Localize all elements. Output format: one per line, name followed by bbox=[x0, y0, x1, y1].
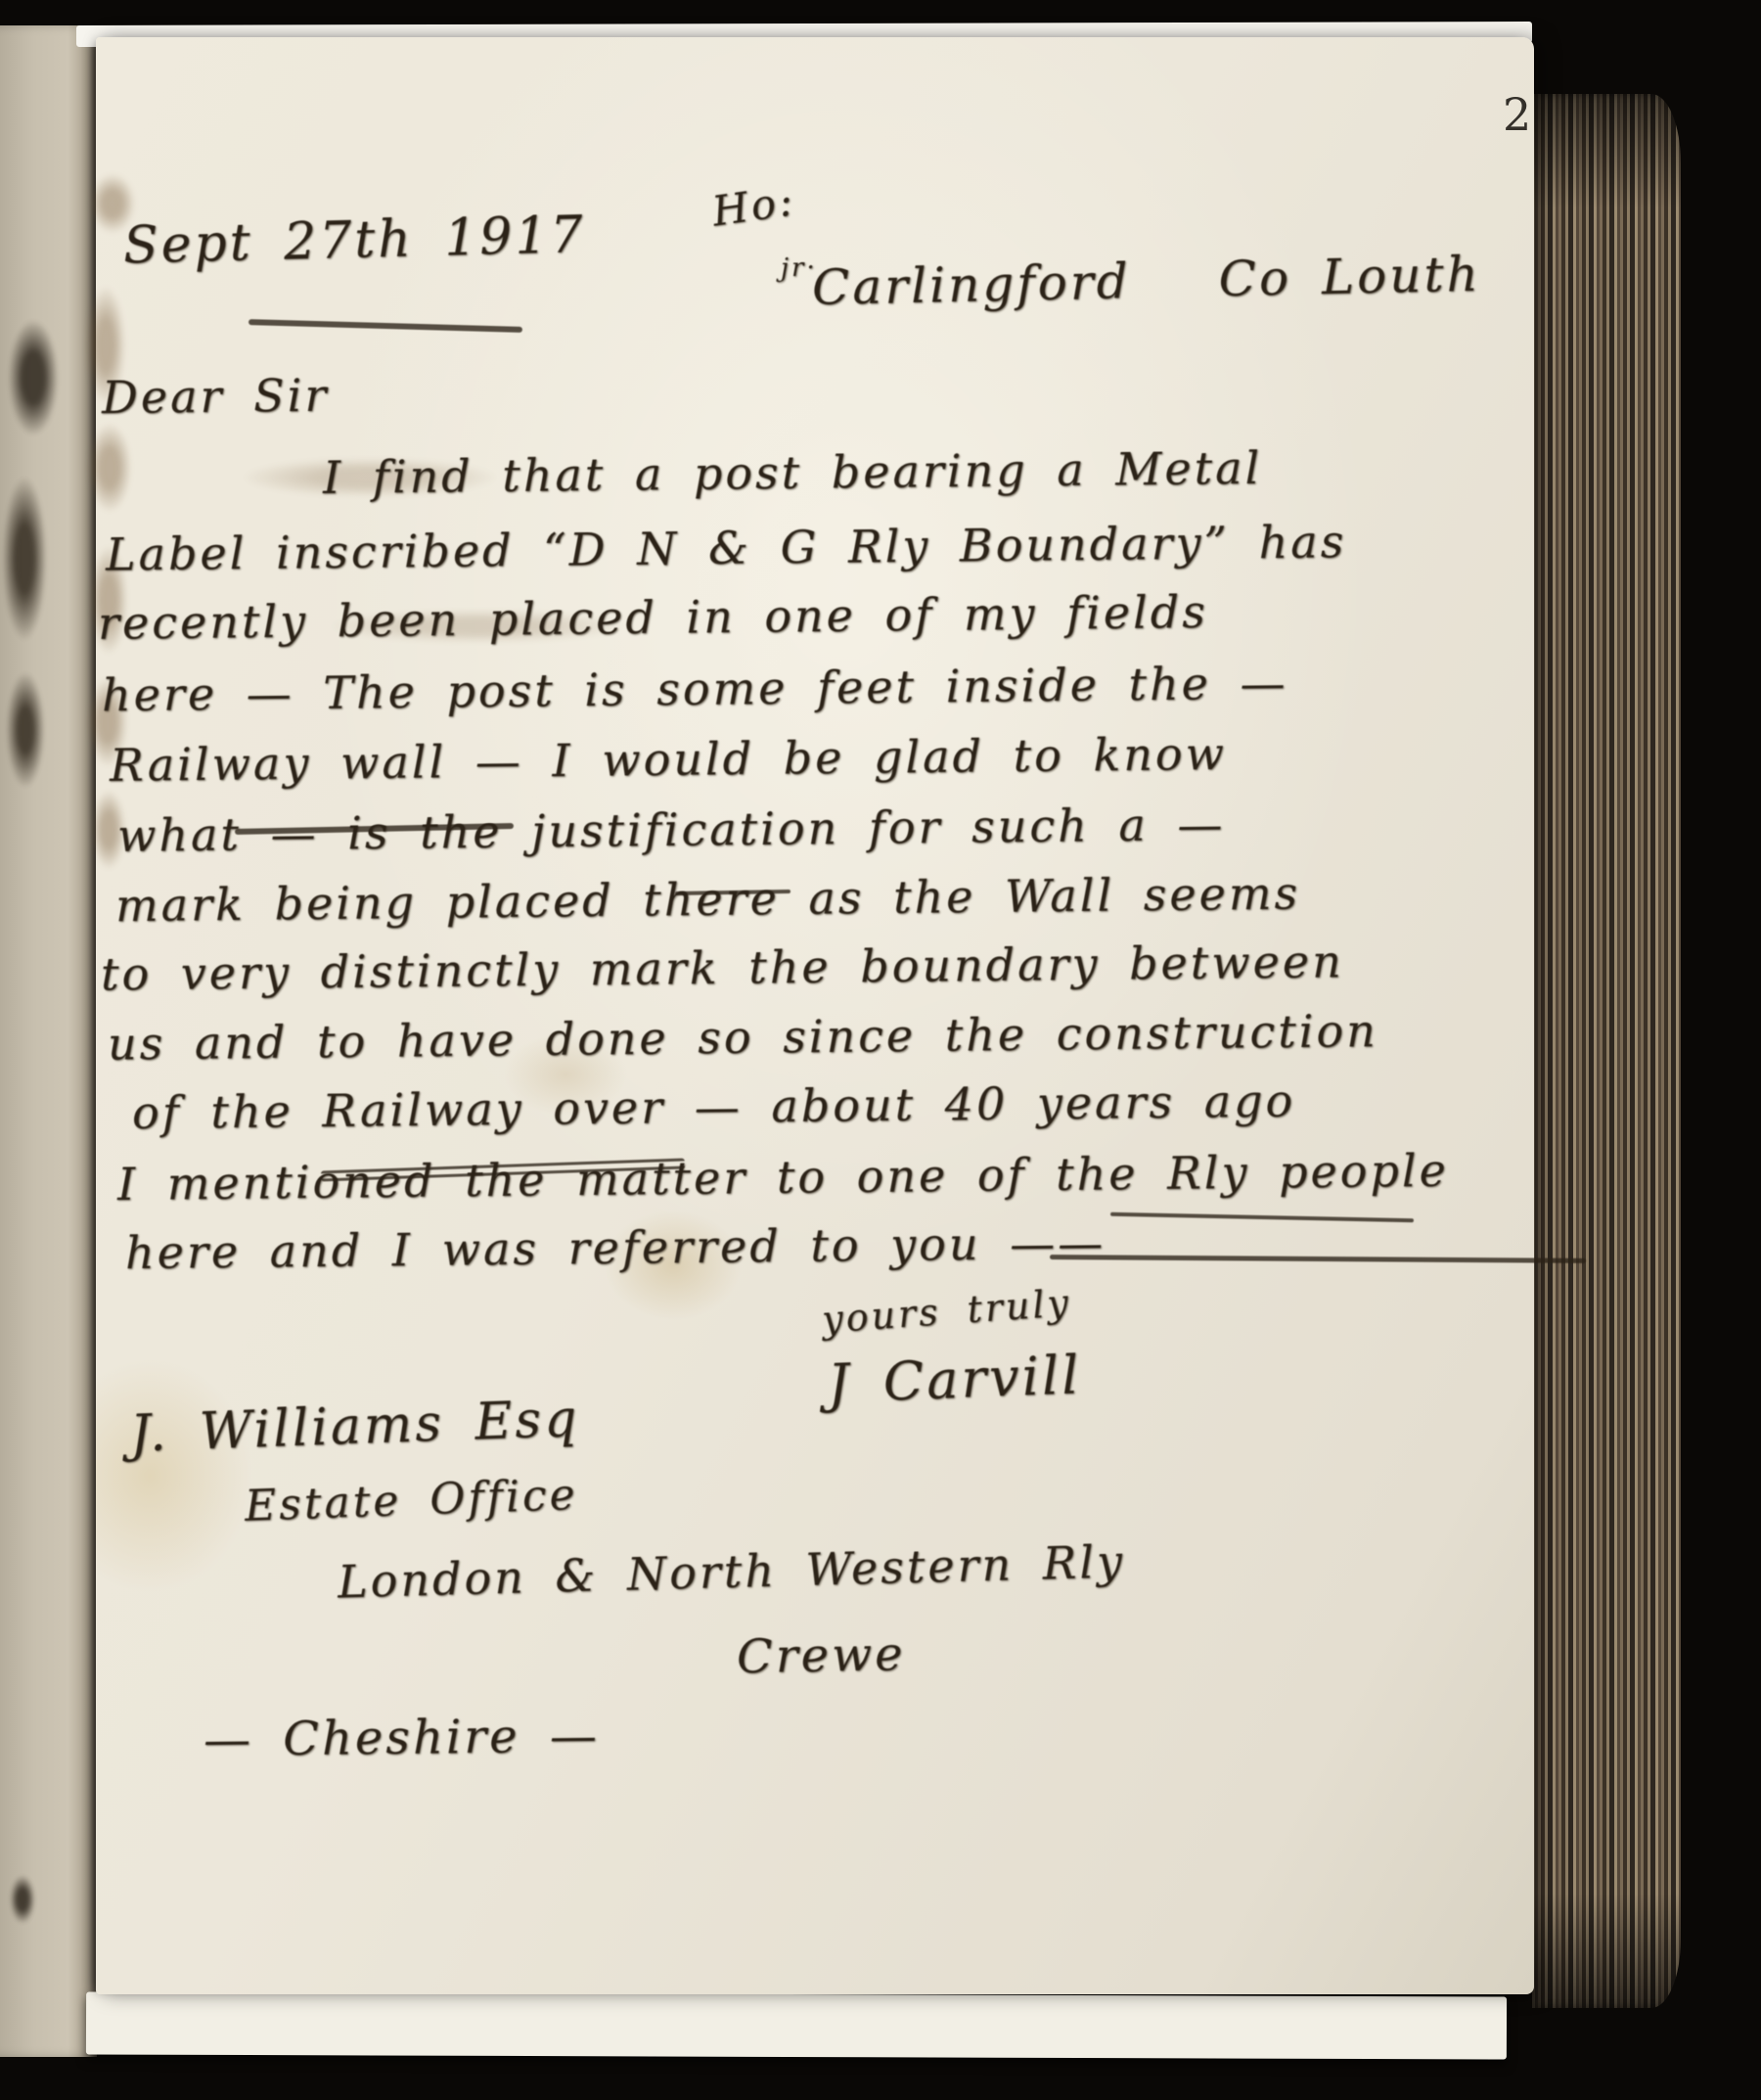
previous-page-edge bbox=[0, 25, 97, 2057]
recipient-line: J. Williams Esq bbox=[129, 1392, 580, 1463]
body-line: mark being placed there as the Wall seem… bbox=[115, 869, 1301, 931]
ink-bleed-smudge bbox=[88, 424, 131, 512]
body-line: here and I was referred to you —— bbox=[125, 1218, 1106, 1278]
body-line: I find that a post bearing a Metal bbox=[323, 443, 1263, 503]
body-line: here — The post is some feet inside the … bbox=[102, 659, 1288, 720]
page-number: 2 bbox=[1503, 88, 1531, 141]
recipient-line: Estate Office bbox=[244, 1472, 578, 1530]
body-line: recently been placed in one of my fields bbox=[98, 587, 1208, 648]
heading-abbreviation: Ho: bbox=[709, 178, 798, 235]
heading-county-name: Co Louth bbox=[1218, 246, 1481, 308]
previous-page-writing-smudge bbox=[8, 319, 59, 436]
body-line: Railway wall — I would be glad to know bbox=[110, 729, 1227, 791]
letter-page: 2 Sept 27th 1917 Ho: jr· CarlingfordCo L… bbox=[96, 37, 1534, 1994]
body-line: of the Railway over — about 40 years ago bbox=[132, 1076, 1296, 1138]
valediction: yours truly bbox=[821, 1283, 1072, 1341]
date-line: Sept 27th 1917 bbox=[122, 207, 586, 275]
previous-page-writing-smudge bbox=[2, 476, 47, 642]
previous-page-writing-smudge bbox=[6, 671, 45, 789]
underline-flourish bbox=[1110, 1212, 1414, 1222]
heading-place-name: Carlingford bbox=[811, 252, 1131, 316]
body-line: to very distinctly mark the boundary bet… bbox=[101, 936, 1344, 999]
heading-address-line: CarlingfordCo Louth bbox=[811, 248, 1481, 315]
recipient-line: Crewe bbox=[737, 1628, 906, 1683]
date-underline bbox=[248, 319, 522, 333]
underline-flourish bbox=[1050, 1255, 1586, 1263]
previous-page-writing-smudge bbox=[10, 1875, 35, 1924]
page-stack-bottom-edge bbox=[86, 1991, 1507, 2059]
body-line: Label inscribed “D N & G Rly Boundary” h… bbox=[106, 517, 1347, 579]
recipient-line: London & North Western Rly bbox=[337, 1536, 1125, 1607]
recipient-line: — Cheshire — bbox=[203, 1711, 600, 1766]
signature: J Carvill bbox=[827, 1346, 1082, 1412]
salutation: Dear Sir bbox=[102, 371, 330, 423]
body-line: us and to have done so since the constru… bbox=[108, 1006, 1378, 1069]
book-photo-background: 2 Sept 27th 1917 Ho: jr· CarlingfordCo L… bbox=[0, 0, 1761, 2100]
body-line: I mentioned the matter to one of the Rly… bbox=[117, 1146, 1449, 1210]
book-fore-edge-pages bbox=[1532, 94, 1681, 2008]
